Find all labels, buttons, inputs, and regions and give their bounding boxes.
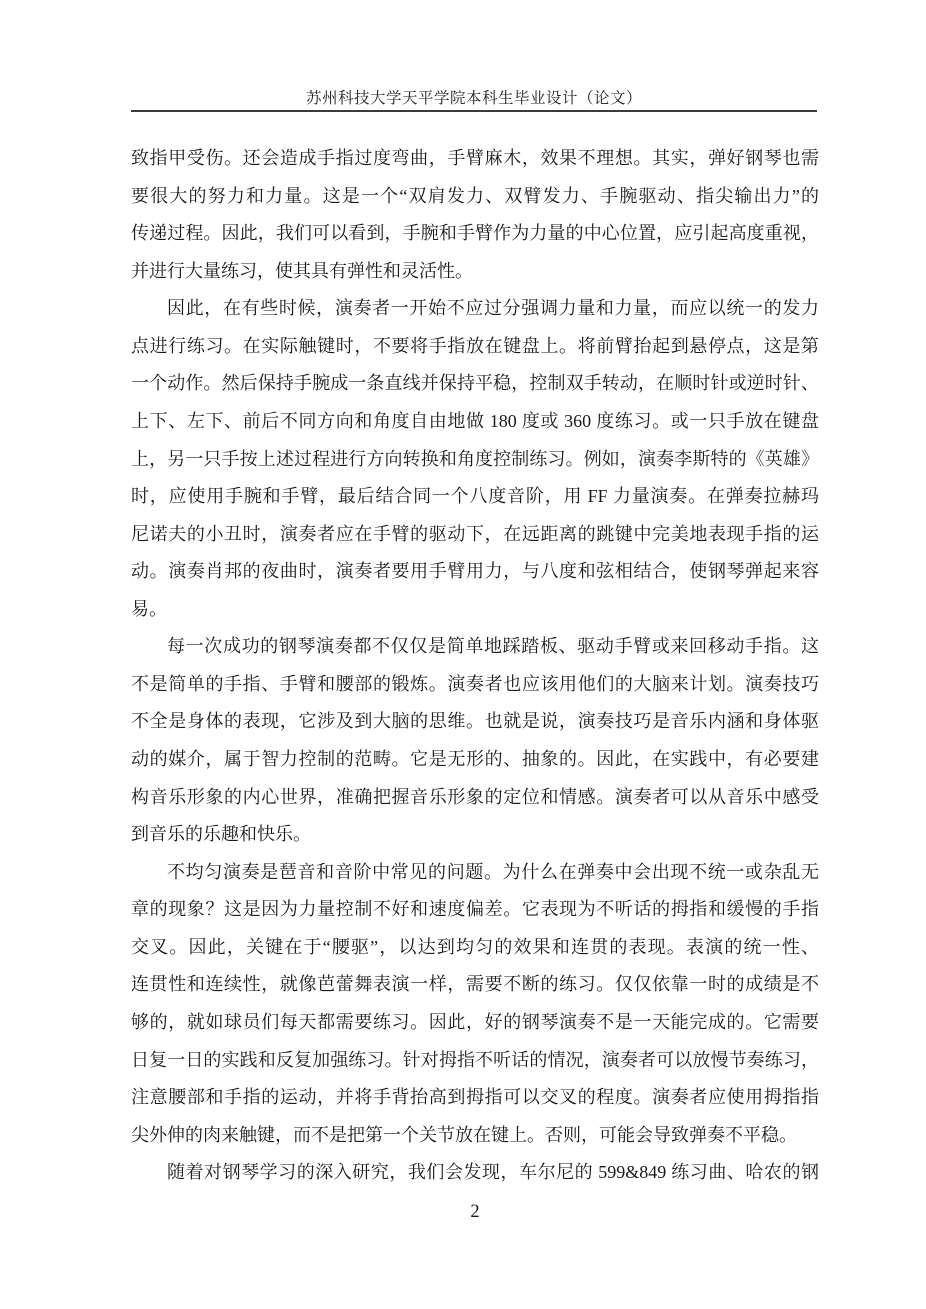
body-line: 要很大的努力和力量。这是一个“双肩发力、双臂发力、手腕驱动、指尖输出力”的 (131, 178, 819, 216)
body-line: 不均匀演奏是琶音和音阶中常见的问题。为什么在弹奏中会出现不统一或杂乱无 (131, 854, 819, 892)
paragraph: 不均匀演奏是琶音和音阶中常见的问题。为什么在弹奏中会出现不统一或杂乱无 章的现象… (131, 854, 819, 1155)
body-line: 尼诺夫的小丑时，演奏者应在手臂的驱动下，在远距离的跳键中完美地表现手指的运 (131, 516, 819, 554)
body-line: 并进行大量练习，使其具有弹性和灵活性。 (131, 253, 819, 291)
body-line: 不是简单的手指、手臂和腰部的锻炼。演奏者也应该用他们的大脑来计划。演奏技巧 (131, 666, 819, 704)
body-line: 动。演奏肖邦的夜曲时，演奏者要用手臂用力，与八度和弦相结合，使钢琴弹起来容 (131, 553, 819, 591)
body-line: 致指甲受伤。还会造成手指过度弯曲，手臂麻木，效果不理想。其实，弹好钢琴也需 (131, 140, 819, 178)
body-line: 尖外伸的肉来触键，而不是把第一个关节放在键上。否则，可能会导致弹奏不平稳。 (131, 1117, 819, 1155)
paragraph: 因此，在有些时候，演奏者一开始不应过分强调力量和力量，而应以统一的发力 点进行练… (131, 290, 819, 628)
body-line: 到音乐的乐趣和快乐。 (131, 816, 819, 854)
body-line: 构音乐形象的内心世界，准确把握音乐形象的定位和情感。演奏者可以从音乐中感受 (131, 779, 819, 817)
body-line: 时，应使用手腕和手臂，最后结合同一个八度音阶，用 FF 力量演奏。在弹奏拉赫玛 (131, 478, 819, 516)
document-page: 苏州科技大学天平学院本科生毕业设计（论文） 致指甲受伤。还会造成手指过度弯曲，手… (0, 0, 926, 1309)
page-header-title: 苏州科技大学天平学院本科生毕业设计（论文） (131, 88, 817, 110)
body-line: 日复一日的实践和反复加强练习。针对拇指不听话的情况，演奏者可以放慢节奏练习， (131, 1042, 819, 1080)
body-line: 章的现象？这是因为力量控制不好和速度偏差。它表现为不听话的拇指和缓慢的手指 (131, 891, 819, 929)
page-footer: 2 (131, 1200, 819, 1224)
body-line: 点进行练习。在实际触键时，不要将手指放在键盘上。将前臂抬起到悬停点，这是第 (131, 328, 819, 366)
paragraph: 每一次成功的钢琴演奏都不仅仅是简单地踩踏板、驱动手臂或来回移动手指。这 不是简单… (131, 628, 819, 853)
body-line: 因此，在有些时候，演奏者一开始不应过分强调力量和力量，而应以统一的发力 (131, 290, 819, 328)
body-line: 传递过程。因此，我们可以看到，手腕和手臂作为力量的中心位置，应引起高度重视， (131, 215, 819, 253)
body-line: 一个动作。然后保持手腕成一条直线并保持平稳，控制双手转动，在顺时针或逆时针、 (131, 365, 819, 403)
paragraph: 致指甲受伤。还会造成手指过度弯曲，手臂麻木，效果不理想。其实，弹好钢琴也需 要很… (131, 140, 819, 290)
body-line: 每一次成功的钢琴演奏都不仅仅是简单地踩踏板、驱动手臂或来回移动手指。这 (131, 628, 819, 666)
body-line: 不全是身体的表现，它涉及到大脑的思维。也就是说，演奏技巧是音乐内涵和身体驱 (131, 703, 819, 741)
body-line: 易。 (131, 591, 819, 629)
body-line: 动的媒介，属于智力控制的范畴。它是无形的、抽象的。因此，在实践中，有必要建 (131, 741, 819, 779)
body-line: 上，另一只手按上述过程进行方向转换和角度控制练习。例如，演奏李斯特的《英雄》 (131, 441, 819, 479)
paragraph: 随着对钢琴学习的深入研究，我们会发现，车尔尼的 599&849 练习曲、哈农的钢 (131, 1154, 819, 1192)
body-line: 上下、左下、前后不同方向和角度自由地做 180 度或 360 度练习。或一只手放… (131, 403, 819, 441)
page-number: 2 (470, 1202, 479, 1222)
body-line: 连贯性和连续性，就像芭蕾舞表演一样，需要不断的练习。仅仅依靠一时的成绩是不 (131, 966, 819, 1004)
body-line: 随着对钢琴学习的深入研究，我们会发现，车尔尼的 599&849 练习曲、哈农的钢 (131, 1154, 819, 1192)
body-line: 交叉。因此，关键在于“腰驱”，以达到均匀的效果和连贯的表现。表演的统一性、 (131, 929, 819, 967)
header-rule (131, 110, 817, 112)
body-line: 注意腰部和手指的运动，并将手背抬高到拇指可以交叉的程度。演奏者应使用拇指指 (131, 1079, 819, 1117)
body-line: 够的，就如球员们每天都需要练习。因此，好的钢琴演奏不是一天能完成的。它需要 (131, 1004, 819, 1042)
document-body: 致指甲受伤。还会造成手指过度弯曲，手臂麻木，效果不理想。其实，弹好钢琴也需 要很… (131, 140, 819, 1192)
